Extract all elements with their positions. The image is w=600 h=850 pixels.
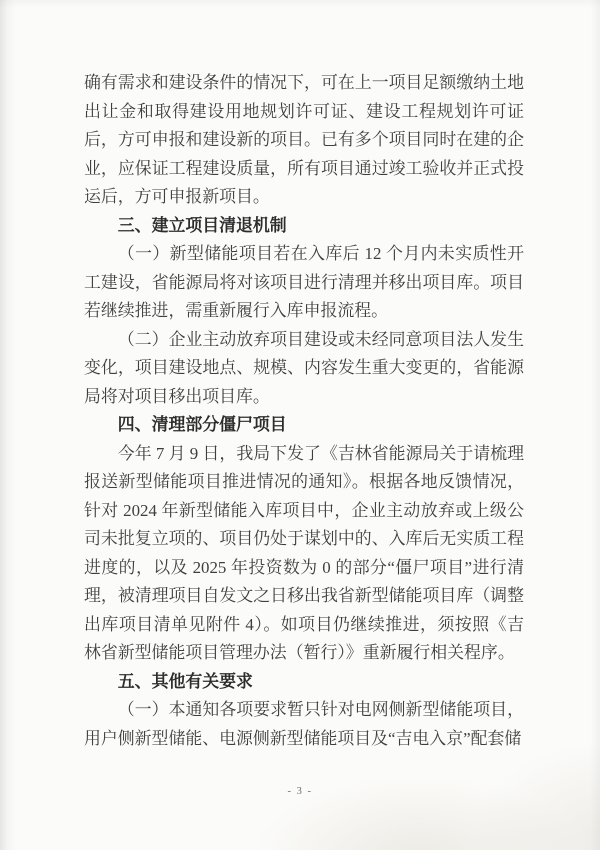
paragraph-continuation: 确有需求和建设条件的情况下，可在上一项目足额缴纳土地出让金和取得建设用地规划许可… <box>84 69 524 212</box>
section-heading-4: 四、清理部分僵尸项目 <box>84 411 524 440</box>
paragraph-section4-body: 今年 7 月 9 日，我局下发了《吉林省能源局关于请梳理报送新型储能项目推进情况… <box>84 440 524 668</box>
paragraph-section5-item1: （一）本通知各项要求暂只针对电网侧新型储能项目，用户侧新型储能、电源侧新型储能项… <box>84 696 524 753</box>
section-heading-3: 三、建立项目清退机制 <box>84 212 524 241</box>
document-text-block: 确有需求和建设条件的情况下，可在上一项目足额缴纳土地出让金和取得建设用地规划许可… <box>84 69 524 753</box>
paragraph-section3-item1: （一）新型储能项目若在入库后 12 个月内未实质性开工建设，省能源局将对该项目进… <box>84 240 524 326</box>
document-page: 确有需求和建设条件的情况下，可在上一项目足额缴纳土地出让金和取得建设用地规划许可… <box>0 0 600 850</box>
section-heading-5: 五、其他有关要求 <box>84 668 524 697</box>
page-number: - 3 - <box>0 786 600 797</box>
paragraph-section3-item2: （二）企业主动放弃项目建设或未经同意项目法人发生变化，项目建设地点、规模、内容发… <box>84 326 524 412</box>
